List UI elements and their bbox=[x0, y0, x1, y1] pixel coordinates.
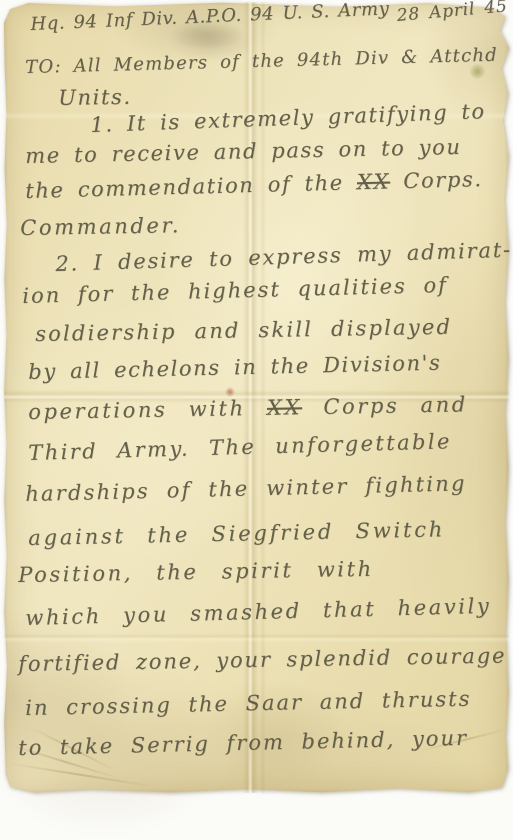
letter-line: 28 April 45 bbox=[396, 0, 508, 26]
letter-text: Hq. 94 Inf Div. A.P.O. 94 U. S. Army bbox=[30, 0, 390, 35]
letter-text: Corps. bbox=[390, 167, 483, 193]
letter-text: Corps and bbox=[302, 392, 468, 419]
letter-line: TO: All Members of the 94th Div & Attchd bbox=[25, 45, 498, 78]
letter-text: the commendation of the bbox=[25, 170, 357, 203]
letter-text: to take Serrig from behind, your bbox=[18, 726, 468, 760]
letter-text: soldiership and skill displayed bbox=[35, 315, 452, 346]
letter-line: operations with XX Corps and bbox=[28, 392, 468, 424]
letter-text: ion for the highest qualities of bbox=[22, 273, 448, 308]
letter-text: Commander. bbox=[20, 213, 181, 240]
letter-line: me to receive and pass on to you bbox=[25, 135, 462, 168]
struck-out-text: XX bbox=[357, 169, 391, 194]
letter-line: hardships of the winter fighting bbox=[25, 471, 467, 506]
letter-text: in crossing the Saar and thrusts bbox=[25, 687, 472, 720]
letter-line: 1. It is extremely gratifying to bbox=[90, 99, 486, 137]
letter-line: the commendation of the XX Corps. bbox=[25, 167, 483, 203]
letter-text: 28 April 45 bbox=[396, 0, 508, 26]
letter-line: by all echelons in the Division's bbox=[28, 351, 442, 384]
letter-line: against the Siegfried Switch bbox=[28, 517, 445, 550]
letter-text: fortified zone, your splendid courage bbox=[18, 643, 507, 676]
letter-line: Third Army. The unforgettable bbox=[28, 429, 452, 465]
letter-text: operations with bbox=[28, 396, 267, 424]
letter-line: 2. I desire to express my admirat- bbox=[55, 238, 512, 276]
letter-line: which you smashed that heavily bbox=[25, 594, 492, 630]
handwriting-layer: Hq. 94 Inf Div. A.P.O. 94 U. S. Army28 A… bbox=[0, 0, 513, 804]
letter-text: against the Siegfried Switch bbox=[28, 517, 445, 550]
letter-text: which you smashed that heavily bbox=[25, 594, 492, 630]
letter-text: 1. It is extremely gratifying to bbox=[90, 99, 486, 137]
letter-text: 2. I desire to express my admirat- bbox=[55, 238, 512, 276]
letter-line: Hq. 94 Inf Div. A.P.O. 94 U. S. Army bbox=[30, 0, 390, 35]
letter-line: Position, the spirit with bbox=[18, 557, 374, 587]
scan-background: Hq. 94 Inf Div. A.P.O. 94 U. S. Army28 A… bbox=[0, 0, 513, 804]
letter-text: me to receive and pass on to you bbox=[25, 135, 462, 168]
letter-line: Units. bbox=[58, 85, 132, 110]
struck-out-text: XX bbox=[267, 395, 303, 420]
letter-text: Position, the spirit with bbox=[18, 557, 374, 587]
letter-line: ion for the highest qualities of bbox=[22, 273, 448, 308]
letter-line: Commander. bbox=[20, 213, 181, 240]
letter-text: Units. bbox=[58, 85, 132, 110]
letter-text: by all echelons in the Division's bbox=[28, 351, 442, 384]
letter-line: fortified zone, your splendid courage bbox=[18, 643, 507, 676]
letter-text: TO: All Members of the 94th Div & Attchd bbox=[25, 45, 498, 78]
letter-line: soldiership and skill displayed bbox=[35, 315, 452, 346]
letter-line: in crossing the Saar and thrusts bbox=[25, 687, 472, 720]
letter-line: to take Serrig from behind, your bbox=[18, 726, 468, 760]
letter-text: hardships of the winter fighting bbox=[25, 471, 467, 506]
letter-text: Third Army. The unforgettable bbox=[28, 429, 452, 465]
